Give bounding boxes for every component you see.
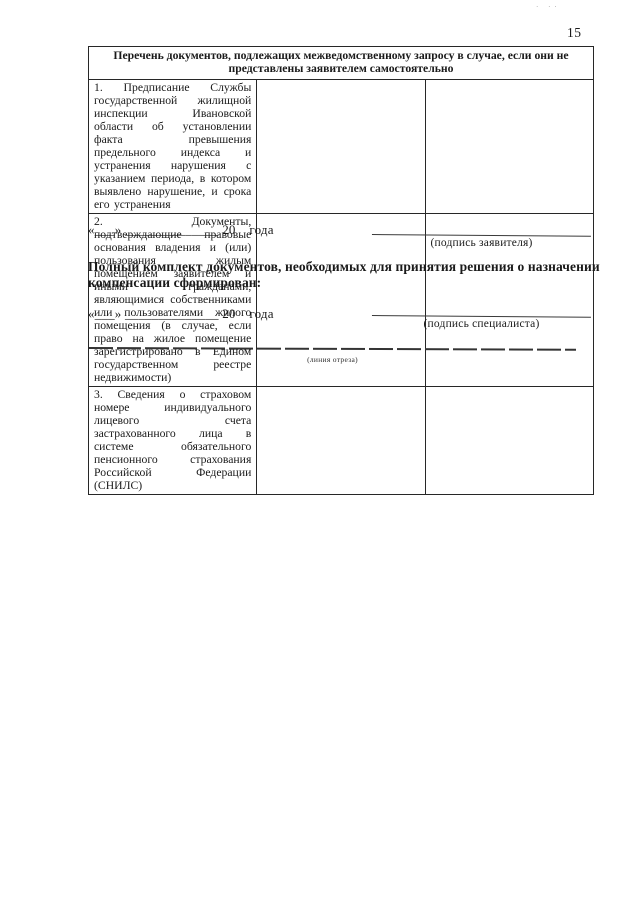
document-description-1: 1. Предписание Службы государственной жи… [89, 79, 257, 213]
specialist-signature-caption: (подпись специалиста) [372, 316, 591, 330]
document-page: · ·· 15 Перечень документов, подлежащих … [0, 0, 640, 905]
empty-mark-cell [425, 79, 593, 213]
empty-mark-cell [425, 386, 593, 494]
empty-mark-cell [257, 386, 425, 494]
specialist-signature-line [372, 304, 591, 318]
table-row: 3. Сведения о страховом номере индивидуа… [89, 386, 594, 494]
statement-paragraph: Полный комплект документов, необходимых … [88, 259, 602, 290]
applicant-signature-line [372, 223, 591, 237]
cut-line [89, 347, 576, 351]
cut-line-block: (линия отреза) [89, 347, 576, 364]
specialist-date-line: «___» ______________ 20 года [88, 306, 274, 322]
table-row: 1. Предписание Службы государственной жи… [89, 79, 594, 213]
applicant-signature-block: (подпись заявителя) [372, 223, 591, 249]
applicant-signature-caption: (подпись заявителя) [372, 235, 591, 249]
document-description-3: 3. Сведения о страховом номере индивидуа… [89, 386, 257, 494]
cut-line-caption: (линия отреза) [89, 355, 576, 364]
specialist-signature-block: (подпись специалиста) [372, 304, 591, 330]
table-header-row: Перечень документов, подлежащих межведом… [89, 47, 594, 80]
applicant-date-line: «___» ______________ 20 года [88, 222, 274, 238]
table-header-cell: Перечень документов, подлежащих межведом… [89, 47, 594, 80]
scan-noise-dots: · ·· [536, 3, 561, 11]
empty-mark-cell [257, 79, 425, 213]
page-number: 15 [567, 25, 582, 41]
